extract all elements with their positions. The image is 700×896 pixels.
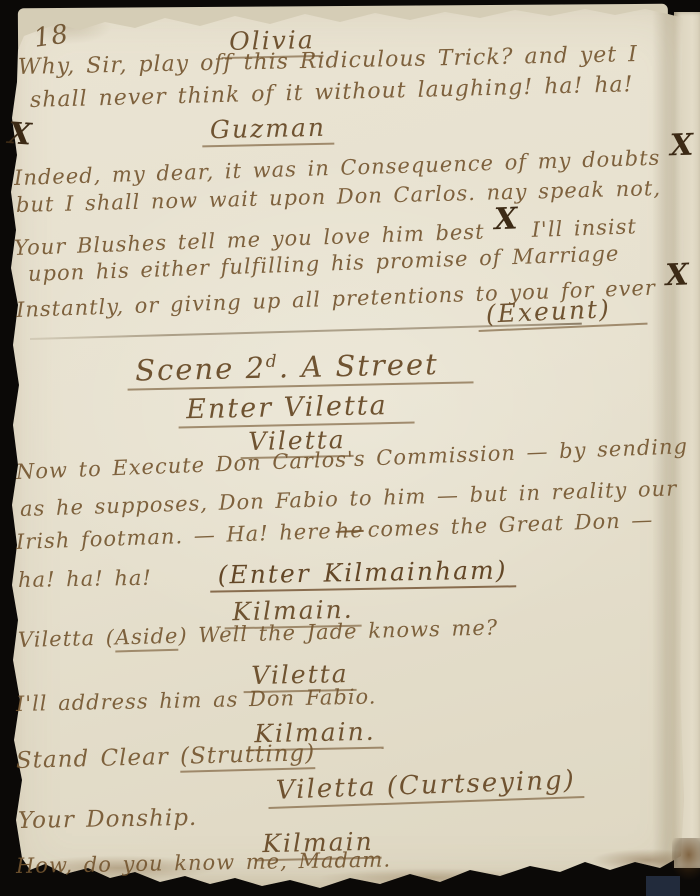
- page-number: 18: [32, 19, 71, 54]
- speaker-heading-guzman: Guzman: [202, 113, 335, 148]
- manuscript-photo: { "page": { "number": "18" }, "marks": {…: [0, 0, 700, 896]
- scene-heading: Scene 2d. A Street: [127, 346, 473, 390]
- struck-out-word: he: [335, 518, 364, 543]
- edge-stain: [672, 838, 700, 880]
- scene-heading-text: . A Street: [278, 347, 439, 384]
- dialogue-text: Stand Clear: [16, 744, 181, 774]
- stage-direction-strutting: (Strutting): [180, 740, 316, 773]
- x-annotation-mark: X: [669, 128, 693, 164]
- dialogue-text: Viletta (: [18, 625, 116, 652]
- x-annotation-mark: X: [494, 201, 518, 237]
- stage-direction-aside: Aside: [115, 624, 179, 653]
- dialogue-text: ha! ha! ha!: [18, 566, 152, 592]
- x-annotation-mark: X: [7, 116, 33, 153]
- scene-heading-superscript: d: [266, 352, 279, 372]
- dialogue-line: Your Donship.: [18, 805, 198, 834]
- x-annotation-mark: X: [665, 258, 689, 294]
- dialogue-text: I'll insist: [531, 214, 637, 242]
- stage-direction-enter-kilmainham: (Enter Kilmainham): [210, 555, 516, 592]
- stage-direction-enter-viletta: Enter Viletta: [178, 390, 414, 429]
- scene-heading-text: Scene 2: [135, 351, 266, 388]
